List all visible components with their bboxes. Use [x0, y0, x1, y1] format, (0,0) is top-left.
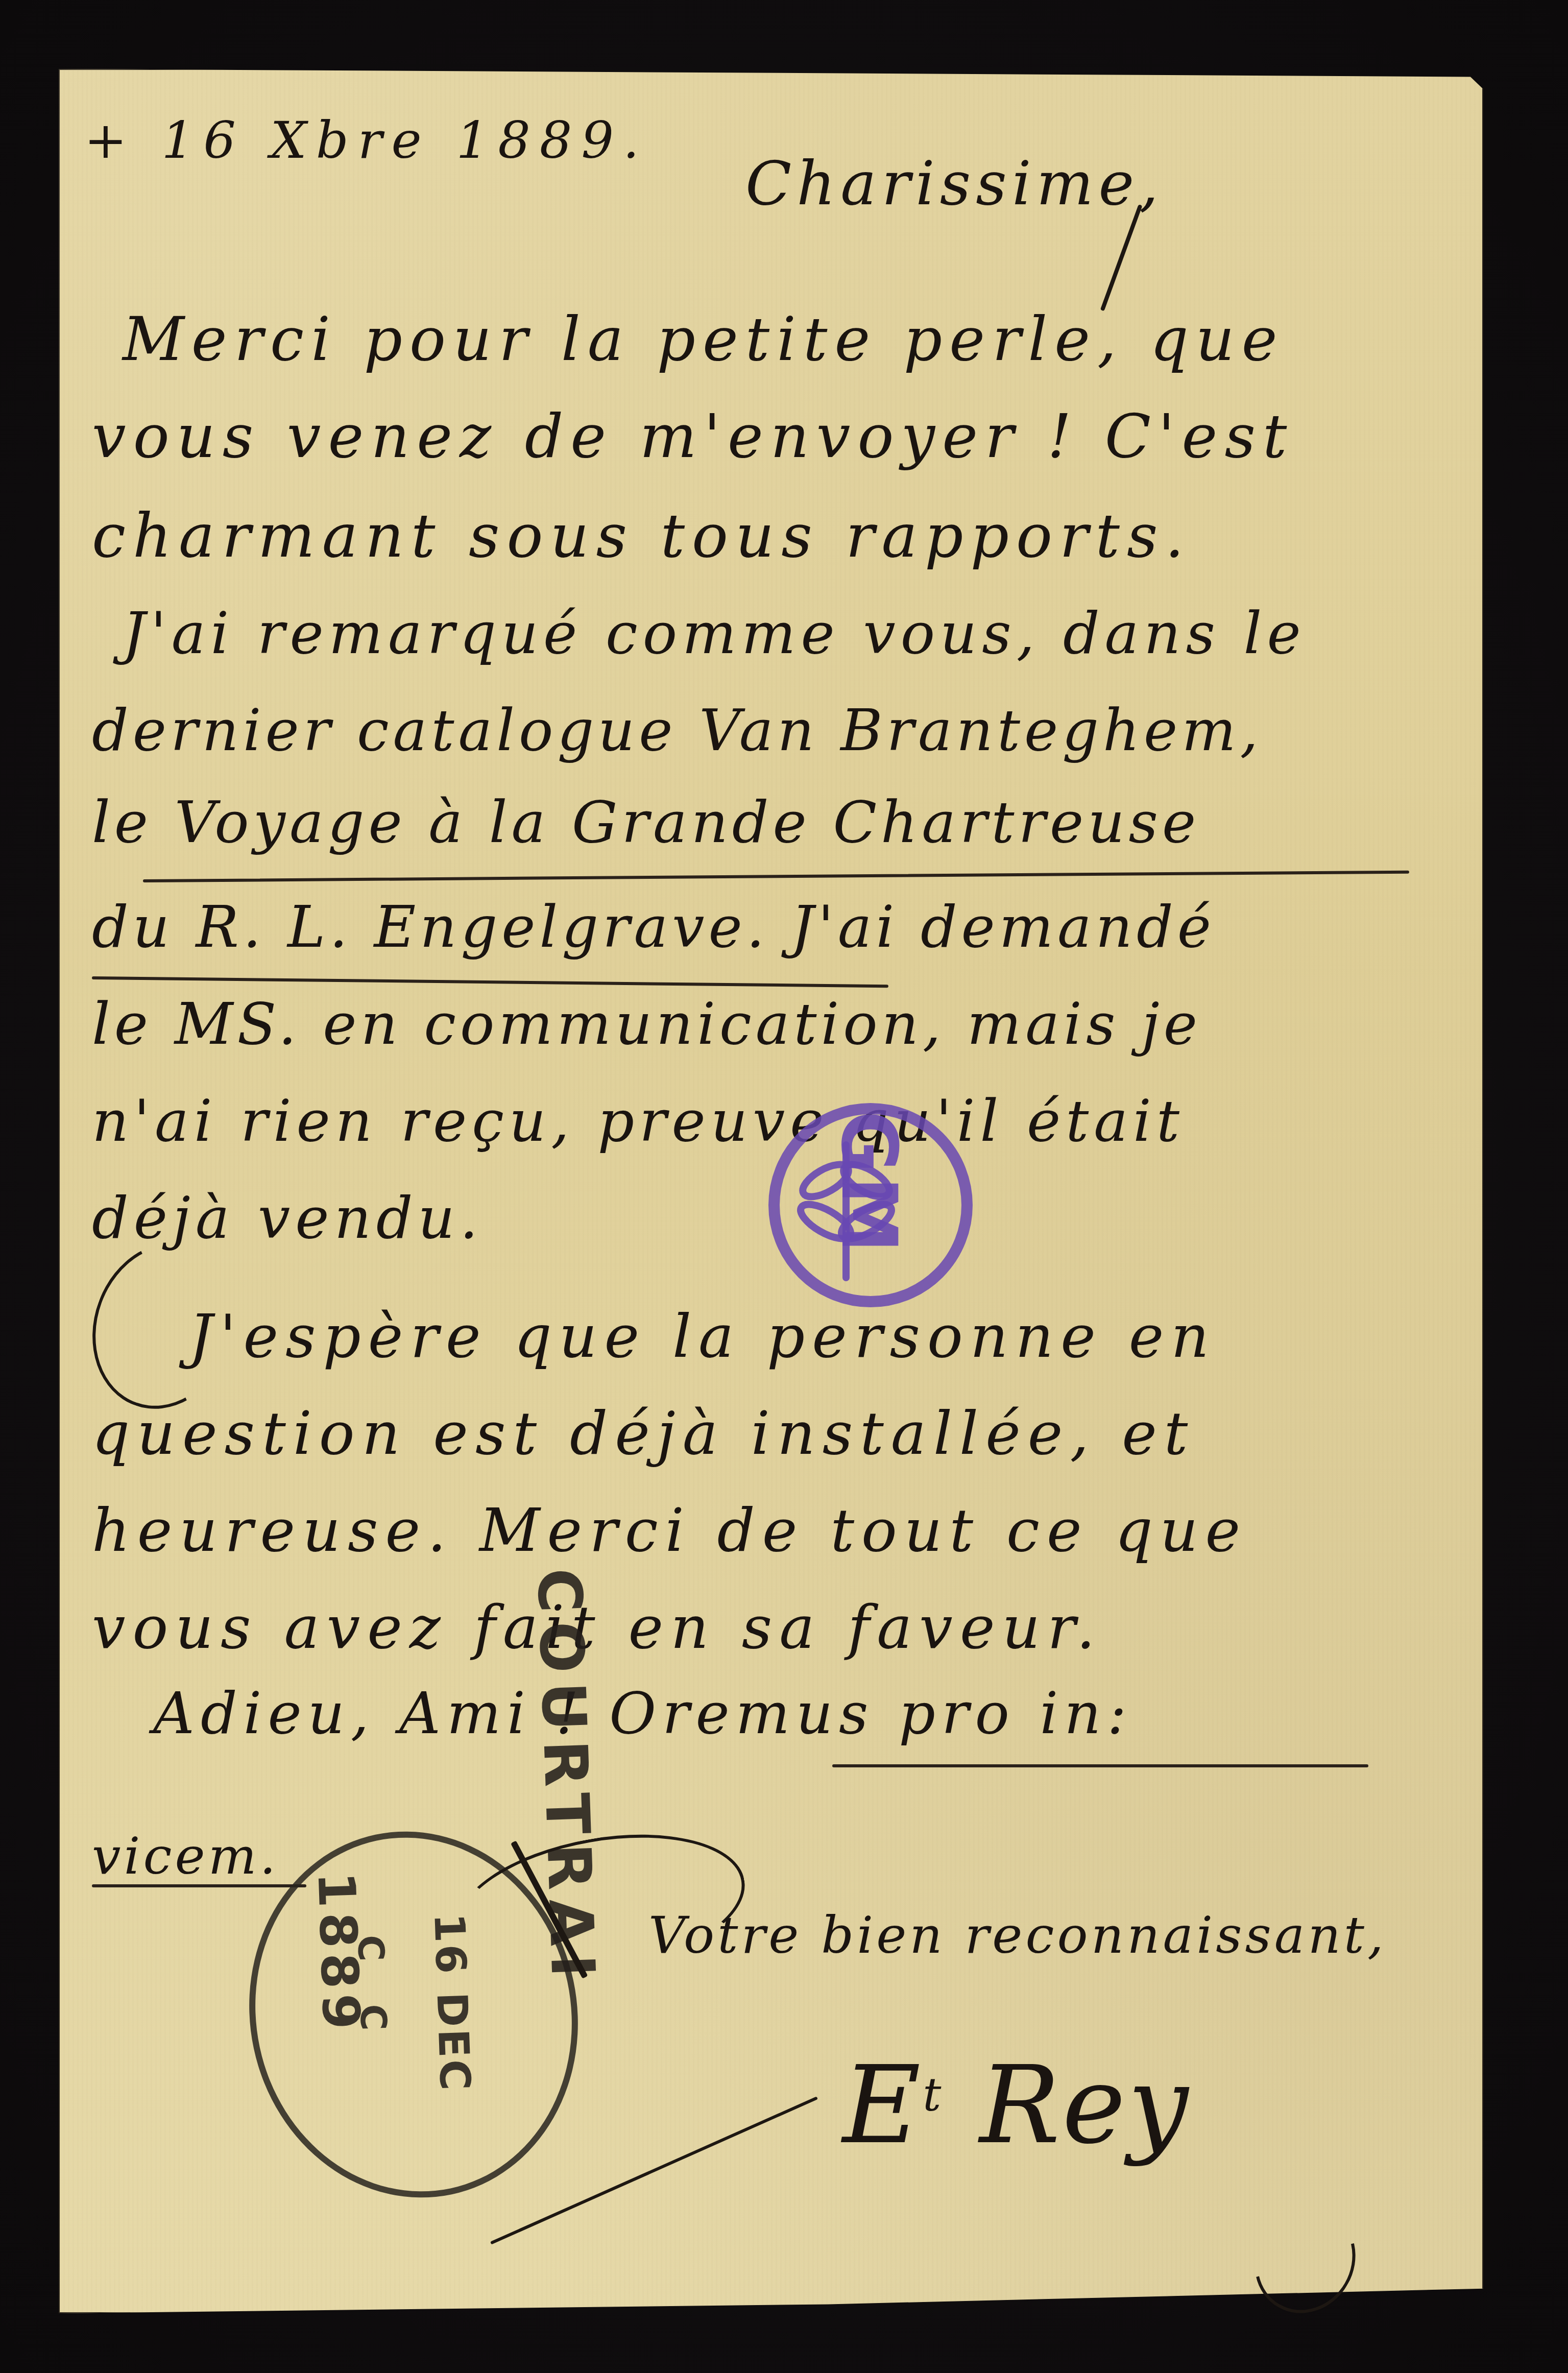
body-line-8: le MS. en communication, mais je	[92, 996, 1201, 1053]
body-line-3: charmant sous tous rapports.	[92, 506, 1191, 566]
body-line-13: heureuse. Merci de tout ce que	[92, 1501, 1247, 1561]
body-line-2: vous venez de m'envoyer ! C'est	[92, 406, 1294, 466]
signature-superscript: t	[923, 2068, 943, 2122]
body-line-14: vous avez fait en sa faveur.	[92, 1598, 1102, 1658]
underline-vicem	[92, 1884, 306, 1887]
body-line-1: Merci pour la petite perle, que	[123, 309, 1285, 369]
body-line-6-underlined: le Voyage à la Grande Chartreuse	[92, 794, 1200, 851]
signature: Et Rey	[842, 2043, 1190, 2168]
body-line-9: n'ai rien reçu, preuve qu'il était	[92, 1093, 1185, 1150]
body-line-11: J'espère que la personne en	[189, 1307, 1216, 1367]
valediction: Votre bien reconnaissant,	[648, 1910, 1387, 1961]
body-line-12: question est déjà installée, et	[92, 1404, 1195, 1464]
underline-oremus	[832, 1764, 1368, 1767]
collector-stamp-gm: GM	[768, 1103, 973, 1307]
stamp-letters: GM	[830, 1111, 907, 1256]
signature-name: Rey	[979, 2043, 1190, 2168]
signature-initial: E	[842, 2043, 923, 2168]
body-line-7: du R. L. Engelgrave. J'ai demandé	[92, 899, 1215, 956]
body-line-10: déjà vendu.	[92, 1190, 483, 1247]
salutation: Charissime,	[745, 153, 1164, 213]
postmark-year: 1889	[310, 1871, 367, 2035]
letter-date: + 16 Xbre 1889.	[84, 115, 648, 166]
body-line-5: dernier catalogue Van Branteghem,	[92, 702, 1262, 759]
body-line-16: vicem.	[92, 1831, 279, 1882]
body-line-4: J'ai remarqué comme vous, dans le	[123, 605, 1306, 662]
body-line-15: Adieu, Ami ! Oremus pro in:	[153, 1685, 1132, 1742]
